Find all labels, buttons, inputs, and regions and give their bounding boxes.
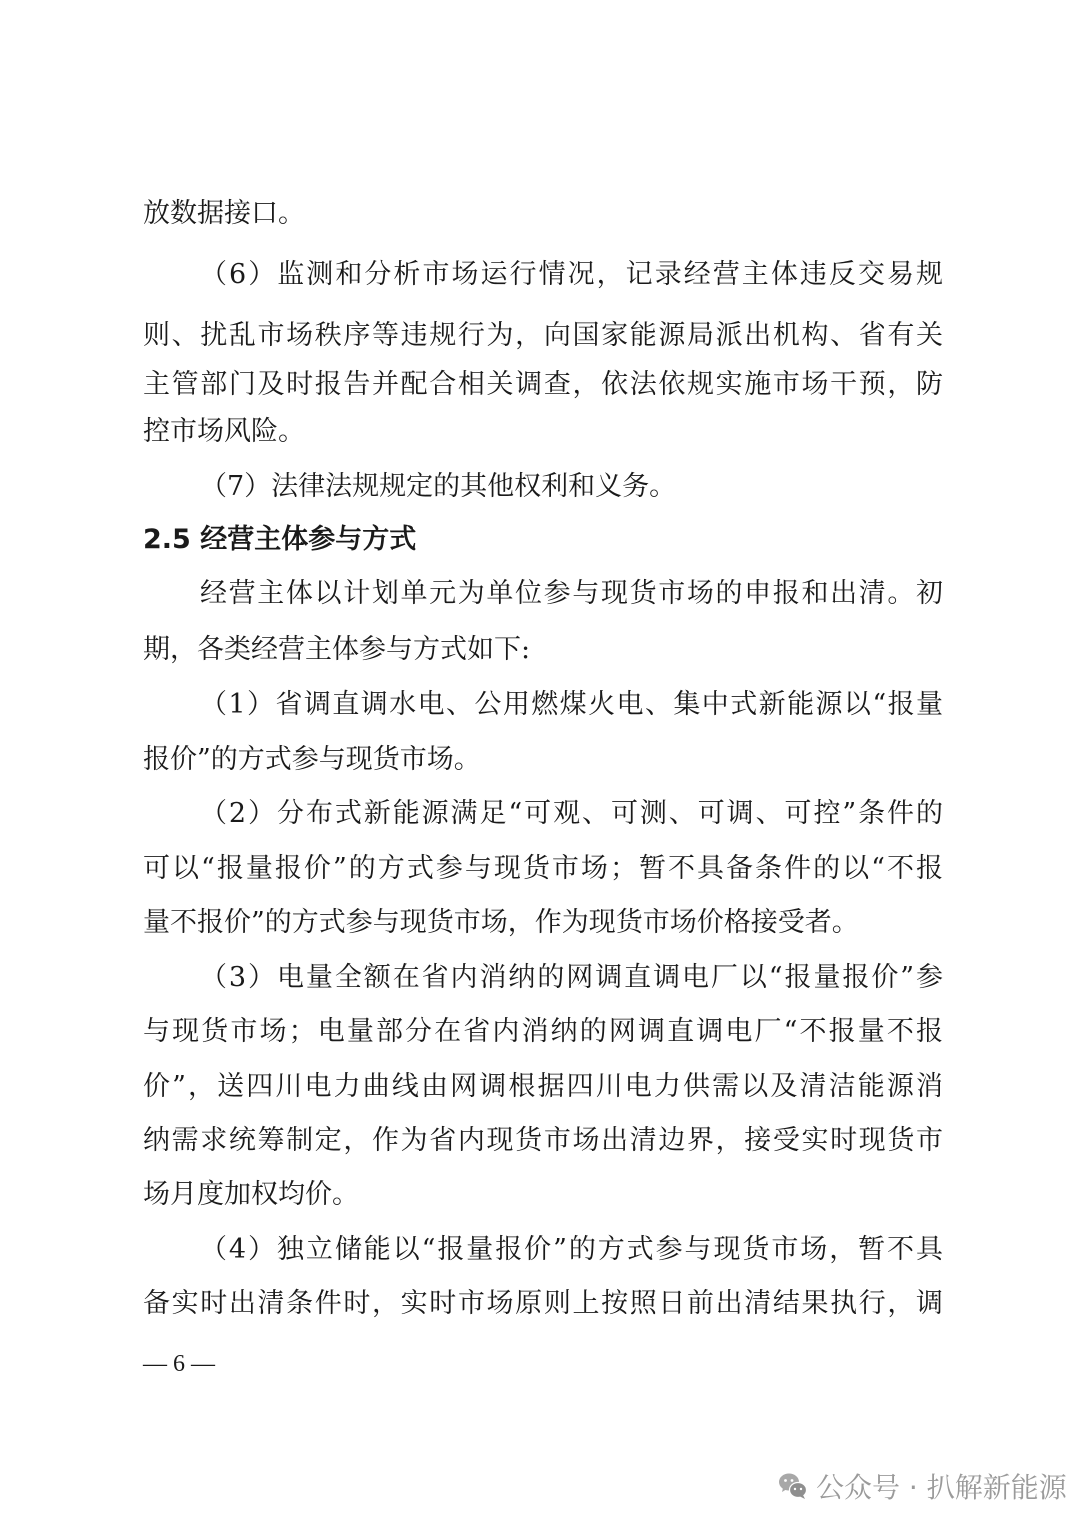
text-line: 纳需求统筹制定，作为省内现货市场出清边界，接受实时现货市 [143,1123,943,1159]
wechat-icon [778,1471,808,1501]
text-line: 控市场风险。 [143,414,943,450]
text-line: 场月度加权均价。 [143,1177,943,1213]
text-line: 量不报价”的方式参与现货市场，作为现货市场价格接受者。 [143,905,943,941]
page-number: — 6 — [143,1349,215,1379]
text-line: 放数据接口。 [143,196,943,232]
text-line: 可以“报量报价”的方式参与现货市场；暂不具备条件的以“不报 [143,851,943,887]
document-page: 放数据接口。（6）监测和分析市场运行情况，记录经营主体违反交易规则、扰乱市场秩序… [0,0,1080,1527]
text-line: 期，各类经营主体参与方式如下: [143,632,943,668]
text-line: 与现货市场；电量部分在省内消纳的网调直调电厂“不报量不报 [143,1014,943,1050]
text-line: （7）法律法规规定的其他权利和义务。 [200,469,943,505]
text-line: 经营主体以计划单元为单位参与现货市场的申报和出清。初 [200,576,943,612]
text-line: 则、扰乱市场秩序等违规行为，向国家能源局派出机构、省有关 [143,318,943,354]
text-line: 主管部门及时报告并配合相关调查，依法依规实施市场干预，防 [143,367,943,403]
section-heading: 2.5 经营主体参与方式 [143,522,416,558]
text-line: （3）电量全额在省内消纳的网调直调电厂以“报量报价”参 [200,960,943,996]
text-line: 价”，送四川电力曲线由网调根据四川电力供需以及清洁能源消 [143,1069,943,1105]
text-line: 报价”的方式参与现货市场。 [143,742,943,778]
watermark: 公众号 · 扒解新能源 [778,1466,1067,1506]
watermark-text: 公众号 · 扒解新能源 [816,1466,1067,1506]
text-line: （2）分布式新能源满足“可观、可测、可调、可控”条件的 [200,796,943,832]
text-line: （6）监测和分析市场运行情况，记录经营主体违反交易规 [200,257,943,293]
text-line: （1）省调直调水电、公用燃煤火电、集中式新能源以“报量 [200,687,943,723]
text-line: （4）独立储能以“报量报价”的方式参与现货市场，暂不具 [200,1232,943,1268]
text-line: 备实时出清条件时，实时市场原则上按照日前出清结果执行，调 [143,1286,943,1322]
